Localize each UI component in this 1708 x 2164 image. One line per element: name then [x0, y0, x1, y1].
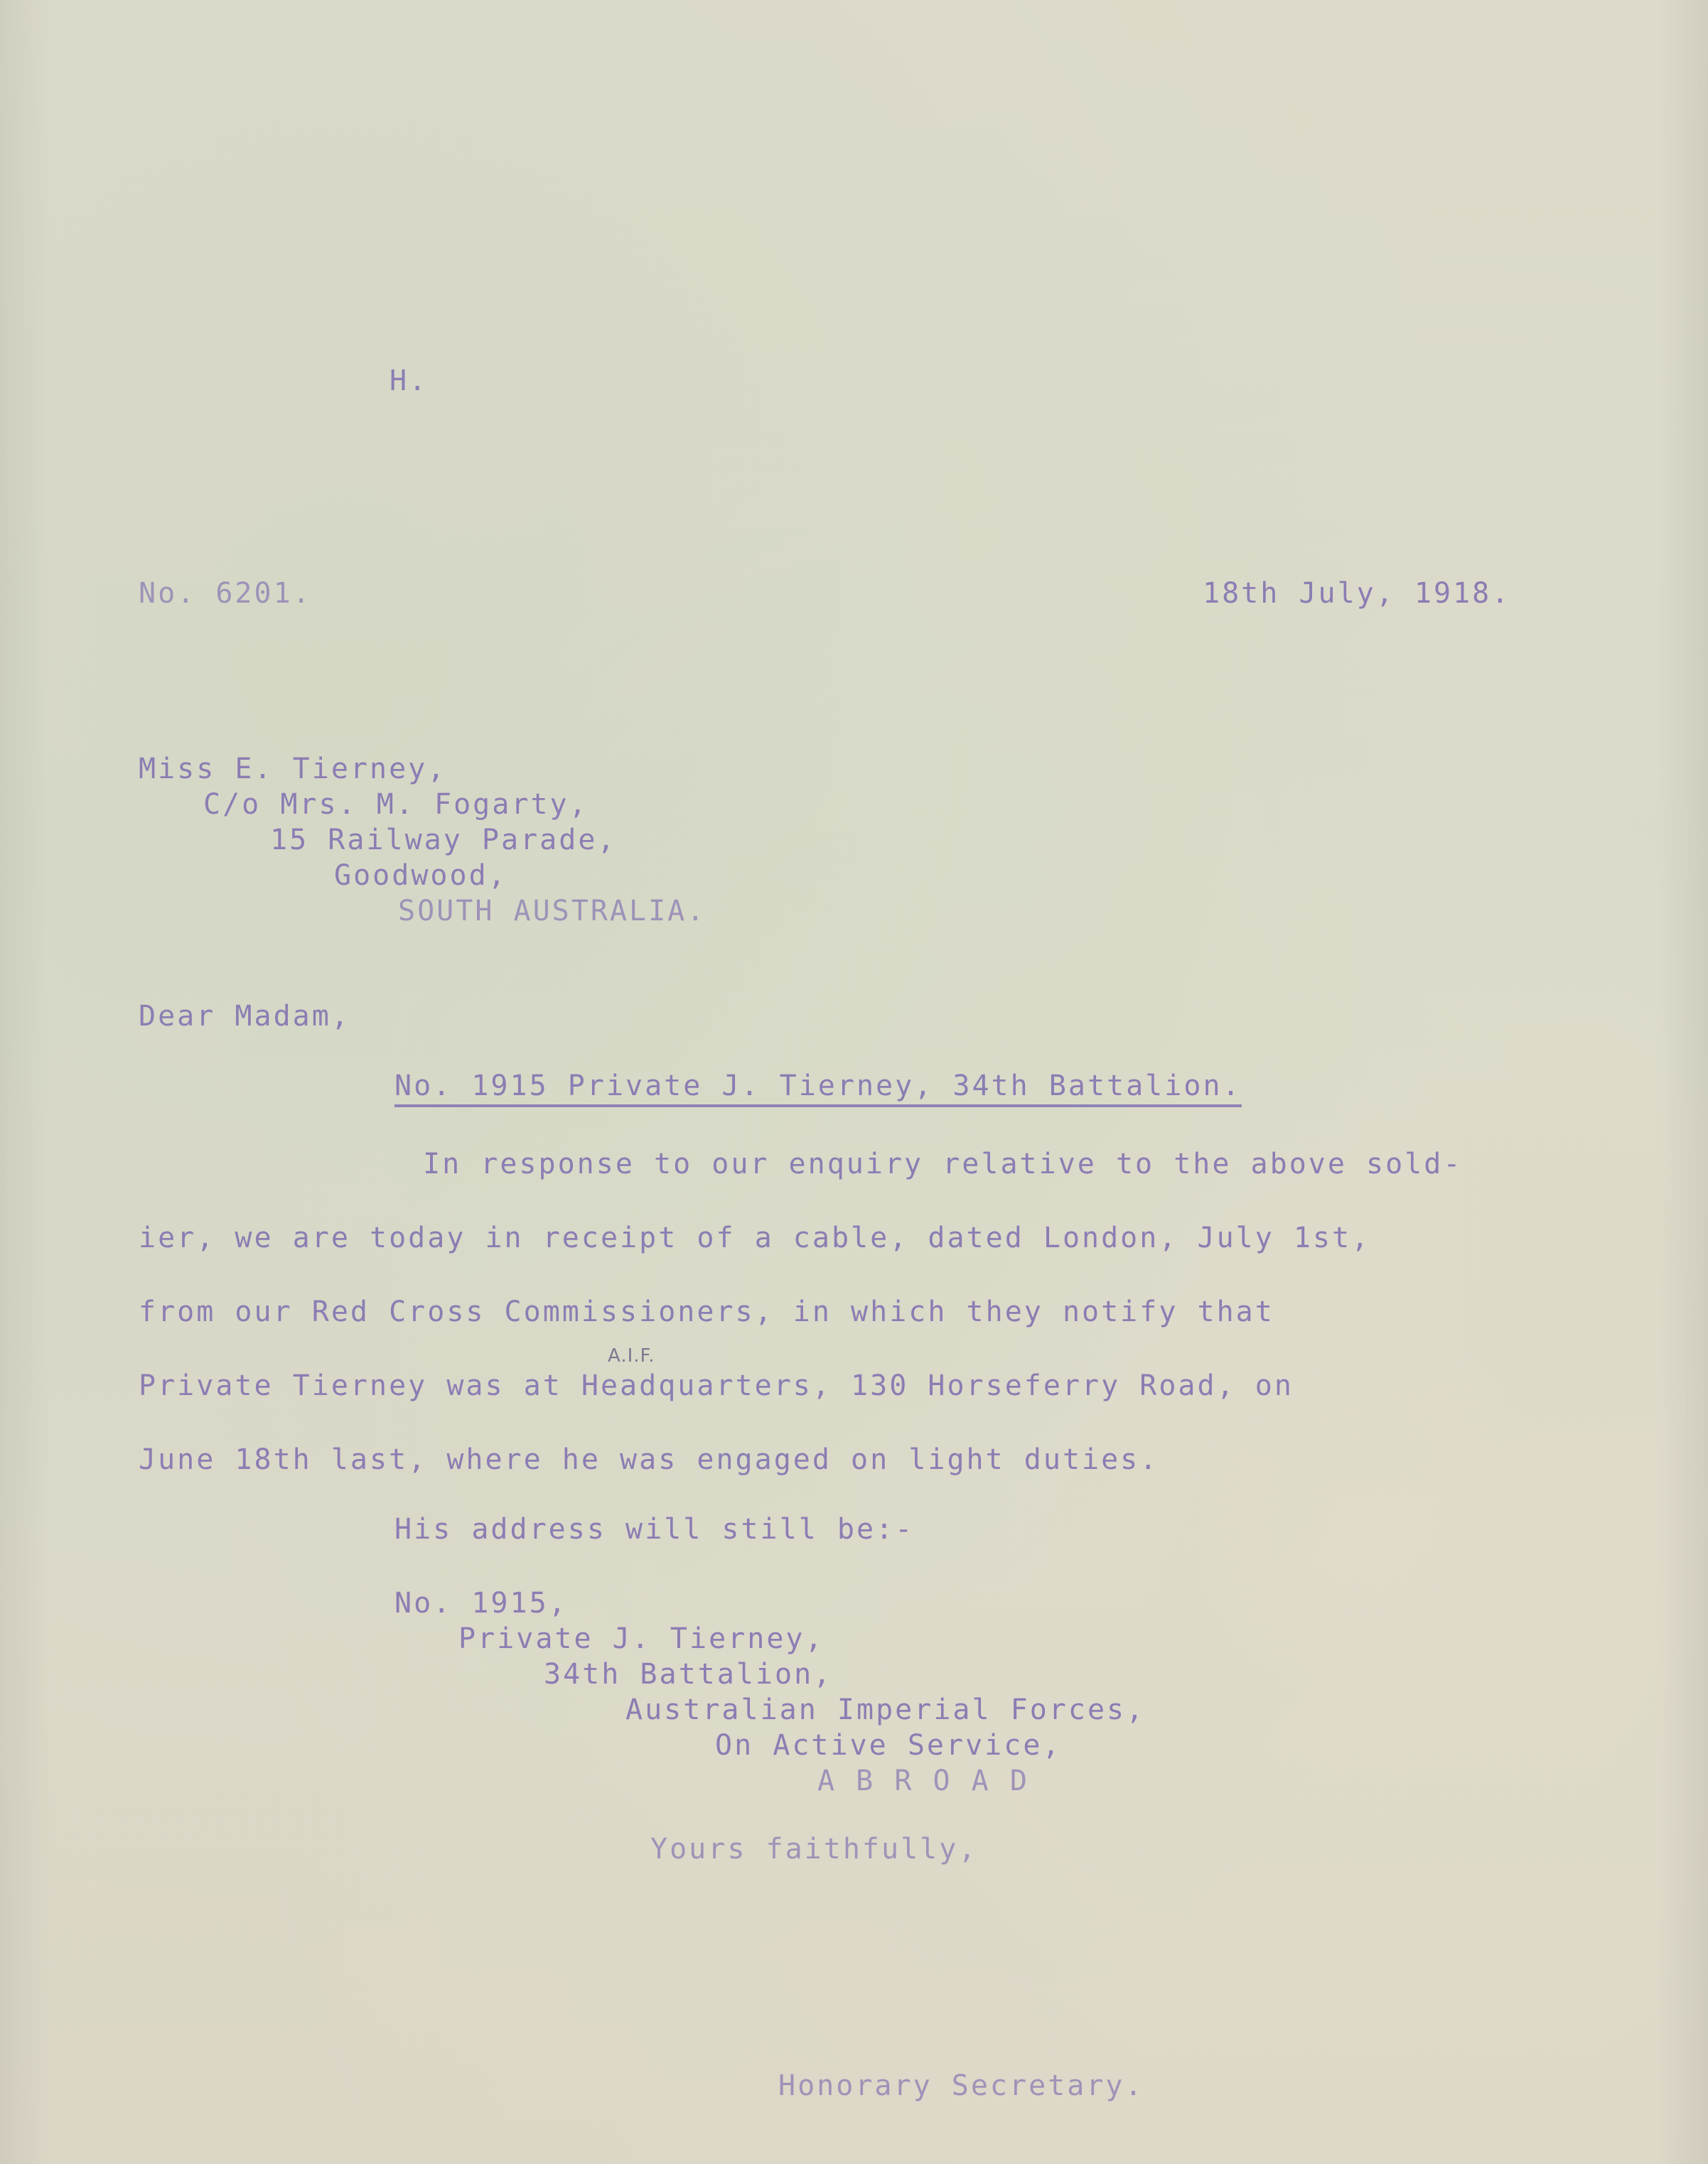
body-line: In response to our enquiry relative to t…: [423, 1150, 1462, 1178]
body-line: Private Tierney was at Headquarters, 130…: [139, 1372, 1294, 1400]
letter-date: 18th July, 1918.: [1203, 579, 1510, 608]
closing: Yours faithfully,: [650, 1835, 977, 1863]
handwritten-insert: A.I.F.: [608, 1345, 655, 1367]
recipient-line: Miss E. Tierney,: [139, 755, 446, 783]
signature-title: Honorary Secretary.: [778, 2072, 1144, 2100]
salutation: Dear Madam,: [139, 1002, 350, 1030]
recipient-line: Goodwood,: [334, 861, 507, 890]
body-line: from our Red Cross Commissioners, in whi…: [139, 1298, 1274, 1326]
reference-number: No. 6201.: [139, 579, 312, 608]
soldier-address-line: 34th Battalion,: [544, 1660, 832, 1689]
recipient-line: SOUTH AUSTRALIA.: [398, 897, 706, 925]
recipient-line: 15 Railway Parade,: [270, 826, 616, 854]
soldier-address-line: On Active Service,: [715, 1731, 1061, 1760]
page-mark: H.: [390, 367, 428, 395]
soldier-address-line: Australian Imperial Forces,: [625, 1696, 1145, 1724]
soldier-address-line: A B R O A D: [817, 1767, 1029, 1795]
recipient-line: C/o Mrs. M. Fogarty,: [203, 790, 589, 819]
soldier-address-line: Private J. Tierney,: [458, 1625, 825, 1653]
address-intro: His address will still be:-: [394, 1515, 914, 1544]
soldier-address-line: No. 1915,: [394, 1589, 568, 1617]
body-line: ier, we are today in receipt of a cable,…: [139, 1224, 1370, 1252]
body-line: June 18th last, where he was engaged on …: [139, 1446, 1159, 1474]
letter-page: H. No. 6201. 18th July, 1918. Miss E. Ti…: [0, 0, 1708, 2164]
subject-line: No. 1915 Private J. Tierney, 34th Battal…: [394, 1072, 1242, 1107]
